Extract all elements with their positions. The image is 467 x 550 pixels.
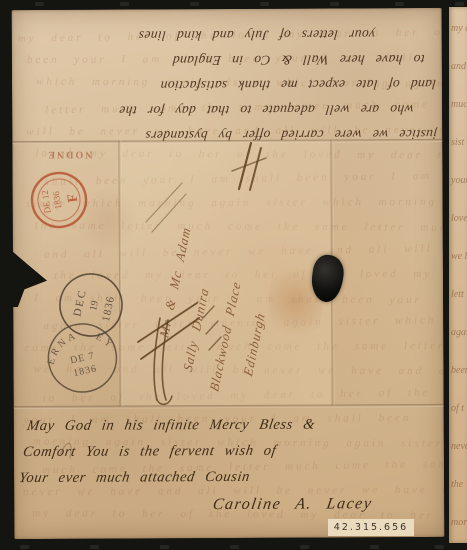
inverted-line: land of late expect me thank satisfactio… <box>27 72 437 99</box>
inverted-line: your letters of July and kind lines <box>62 22 376 49</box>
accession-number: 42.315.656 <box>328 519 414 536</box>
film-edge-mark <box>90 545 99 549</box>
inverted-letter-text: justice we were carried offer by bystand… <box>22 21 445 149</box>
film-edge-mark <box>230 545 239 549</box>
closing-line: Your ever much attached Cousin <box>17 463 444 491</box>
inverted-line: who are well adequate to that day for th… <box>24 97 414 124</box>
adjacent-page-writing-fragment: been <box>451 365 467 376</box>
film-edge-mark <box>455 2 464 6</box>
adjacent-page-writing-fragment: sist <box>451 137 464 148</box>
closing-line: Comfort You is the fervent wish of <box>21 437 444 465</box>
adjacent-page-writing-fragment: and <box>451 61 466 72</box>
inverted-line: to have here Wall & Co in England <box>29 47 425 74</box>
adjacent-page-writing-fragment: we h <box>451 251 467 262</box>
film-edge-mark <box>370 545 379 549</box>
photograph-of-letter: my dear to her of the loved my dear to h… <box>0 0 467 550</box>
film-edge-mark <box>190 2 199 6</box>
film-edge-mark <box>300 545 309 549</box>
signature: Caroline A. Lacey <box>211 491 442 518</box>
fold-line-bottom <box>14 404 444 409</box>
adjacent-page-writing-fragment: morn <box>451 517 467 528</box>
adjacent-page-writing-fragment: the <box>451 479 463 490</box>
adjacent-page-writing-fragment: love <box>451 213 467 224</box>
film-edge-mark <box>435 545 444 549</box>
adjacent-page-writing-fragment: much <box>451 99 467 110</box>
film-edge-mark <box>160 545 169 549</box>
film-edge-mark <box>35 2 44 6</box>
adjacent-page-writing-fragment: my d <box>451 23 467 34</box>
film-edge-mark <box>395 2 404 6</box>
paper-discoloration <box>73 189 143 249</box>
adjacent-page-writing-fragment: your <box>451 175 467 186</box>
film-edge-mark <box>20 545 29 549</box>
show-through-writing: my dear to her of the loved my dear to h… <box>12 8 442 10</box>
film-edge-mark <box>260 2 269 6</box>
closing-line: May God in his infinite Mercy Bless & <box>25 411 444 439</box>
adjacent-page-strip: my dand muchsistyourlovewe hlettagaibeen… <box>449 7 467 543</box>
letter-sheet: my dear to her of the loved my dear to h… <box>12 8 445 539</box>
film-edge-mark <box>120 2 129 6</box>
closing-text: May God in his infinite Mercy Bless & Co… <box>13 411 444 519</box>
adjacent-page-writing-fragment: of t <box>451 403 464 414</box>
adjacent-page-writing-fragment: agai <box>451 327 467 338</box>
adjacent-page-writing-fragment: lett <box>451 289 464 300</box>
red-offset-mark: NODNE <box>46 149 92 160</box>
adjacent-page-writing-fragment: neve <box>451 441 467 452</box>
film-edge-mark <box>330 2 339 6</box>
